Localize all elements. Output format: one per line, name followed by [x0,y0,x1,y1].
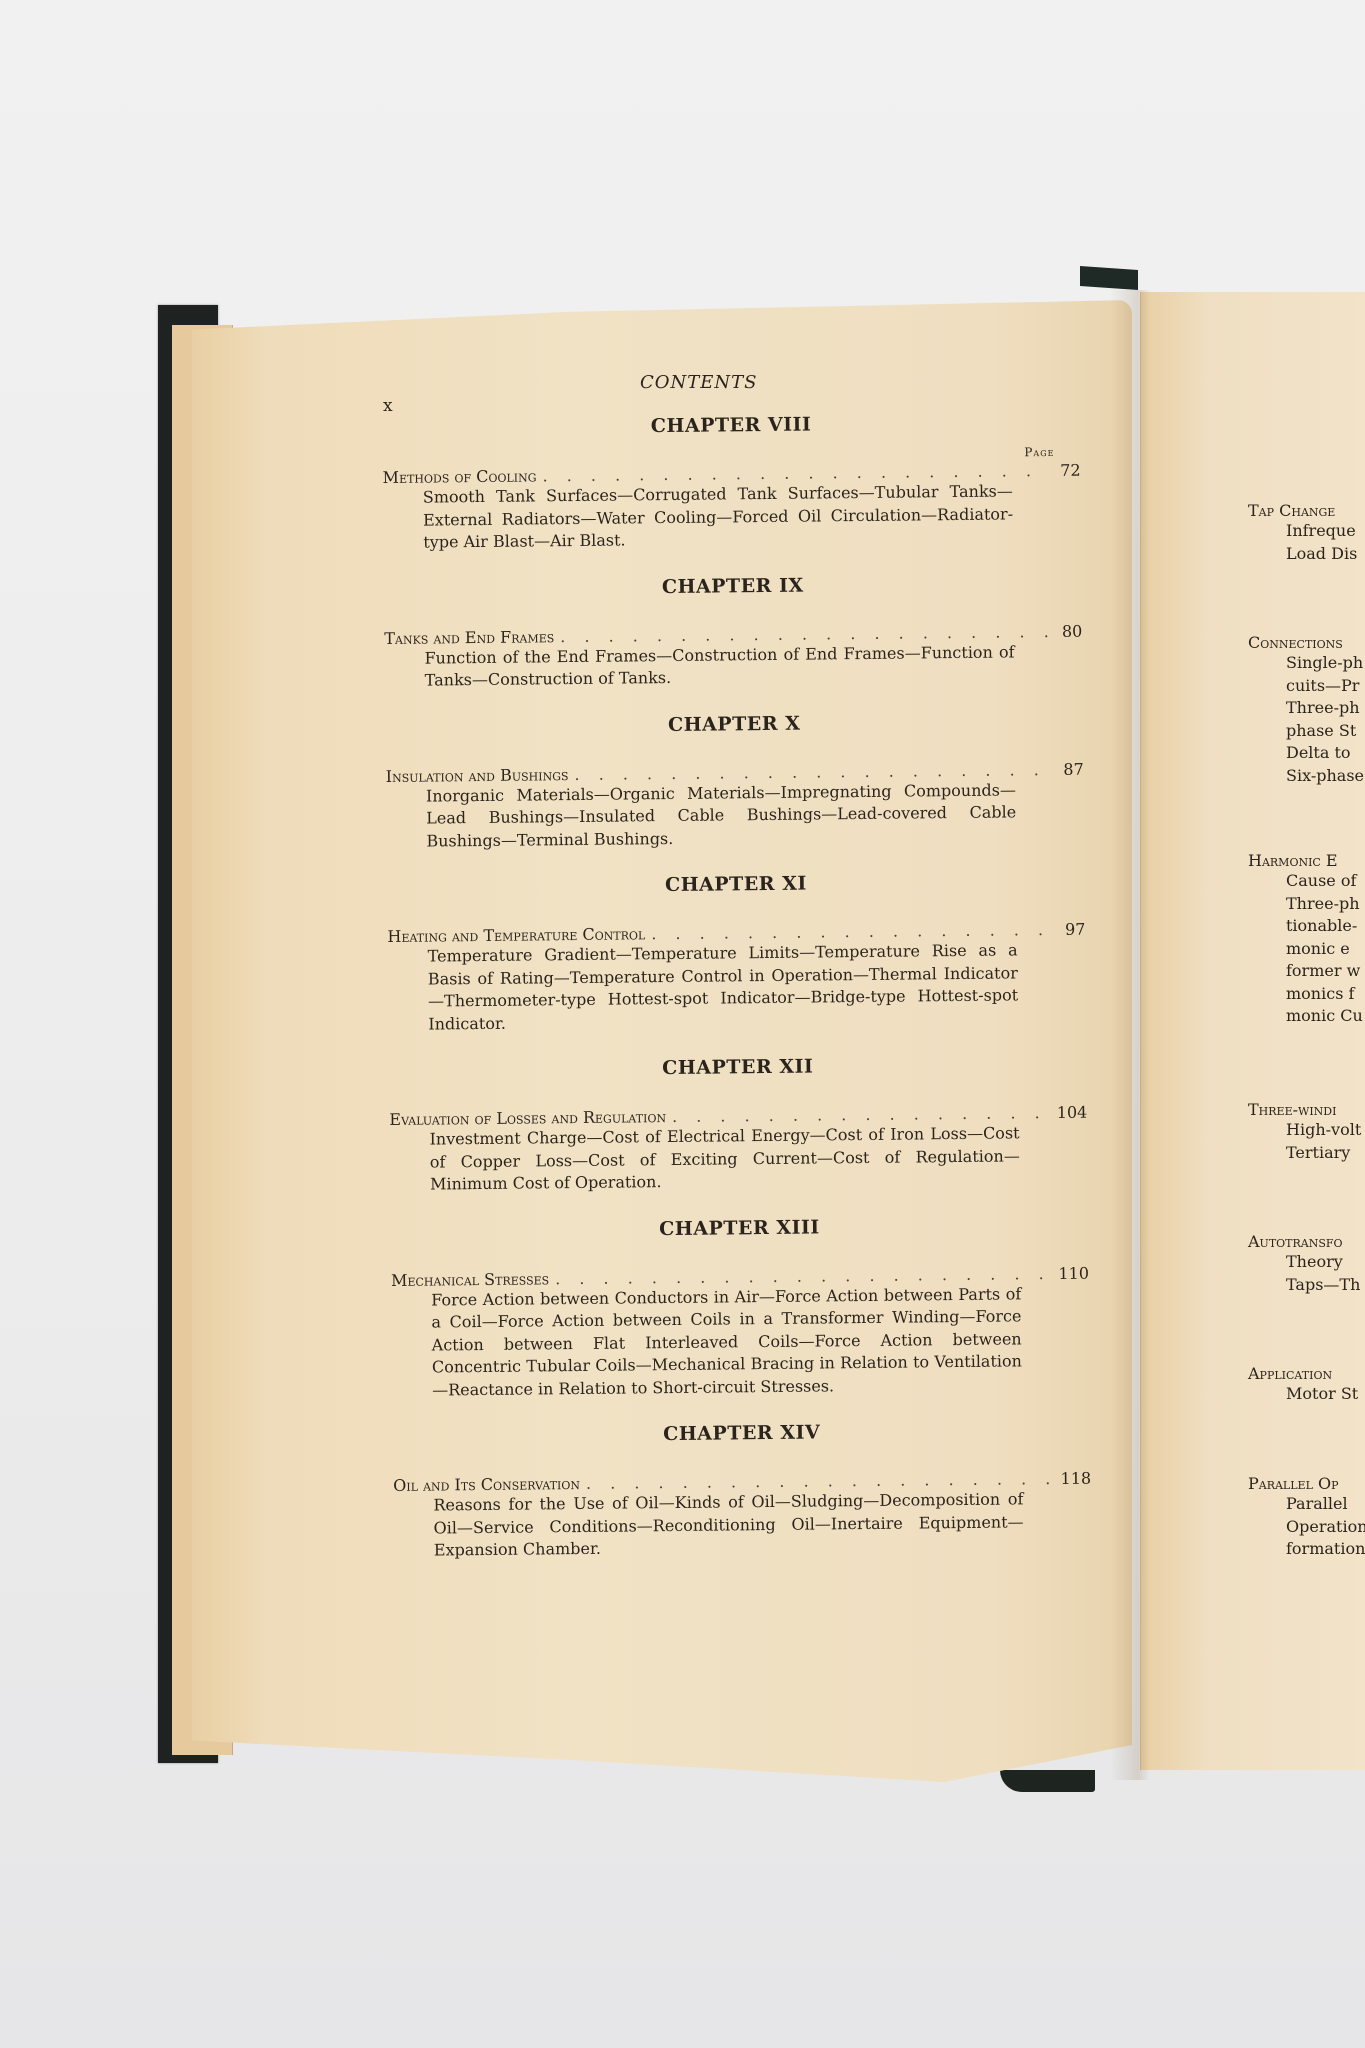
right-entry-title: Parallel Op [1248,1474,1365,1493]
right-entry-line: Taps—Th [1286,1274,1360,1297]
entry-page: 118 [1060,1469,1091,1488]
right-entry-line: Single-ph [1286,652,1364,675]
entry-description: Force Action between Conductors in Air—F… [431,1283,1022,1402]
right-entry-line: monics f [1286,983,1363,1006]
chapter-heading: CHAPTER X [385,709,1053,738]
toc-entry: Mechanical Stresses 110 Force Action bet… [391,1263,1060,1401]
right-entry: Autotransfo Theory Taps—Th [1248,1232,1360,1296]
right-entry-line: tionable- [1286,915,1363,938]
right-entry-line: High-volt [1286,1119,1361,1142]
entry-description: Inorganic Materials—Organic Materials—Im… [426,779,1017,853]
right-entry-title: Autotransfo [1248,1232,1360,1251]
right-entry-title: Three-windi [1248,1100,1361,1119]
right-entry: Harmonic E Cause of Three-ph tionable- m… [1248,851,1363,1028]
right-entry: Application Motor St [1248,1364,1358,1406]
right-entry-line: formation [1286,1538,1365,1561]
entry-title: Oil and Its Conservation [393,1474,580,1495]
chapter-section: CHAPTER IX Tanks and End Frames 80 Funct… [384,571,1053,692]
right-entry-line: Three-ph [1286,697,1364,720]
right-entry-line: monic e [1286,938,1363,961]
right-entry: Three-windi High-volt Tertiary [1248,1100,1361,1164]
chapter-section: CHAPTER XII Evaluation of Losses and Reg… [389,1053,1058,1196]
running-head: CONTENTS [640,372,758,393]
entry-title: Insulation and Bushings [386,765,569,786]
right-entry-line: Tertiary [1286,1142,1361,1165]
entry-description: Function of the End Frames—Construction … [424,641,1014,692]
right-entry-title: Tap Change [1248,501,1357,520]
entry-page: 87 [1056,759,1084,778]
right-entry-line: former w [1286,960,1363,983]
entry-description: Temperature Gradient—Temperature Limits—… [428,939,1019,1035]
chapter-heading: CHAPTER XIV [393,1419,1061,1448]
chapter-heading: CHAPTER XIII [390,1213,1058,1242]
right-entry-line: Motor St [1286,1383,1358,1406]
toc-entry: Heating and Temperature Control 97 Tempe… [387,920,1056,1036]
chapter-section: CHAPTER XI Heating and Temperature Contr… [387,870,1057,1036]
toc-entry: Evaluation of Losses and Regulation 104 … [389,1103,1058,1196]
entry-title: Tanks and End Frames [384,627,554,648]
entry-description: Smooth Tank Surfaces—Corrugated Tank Sur… [423,480,1014,554]
entry-description: Investment Charge—Cost of Electrical Ene… [429,1122,1020,1196]
right-entry: Parallel Op Parallel Operation formation [1248,1474,1365,1561]
right-entry: Tap Change Infreque Load Dis [1248,501,1357,565]
page-number: x [383,396,393,416]
chapter-heading: CHAPTER XI [387,870,1055,899]
entry-description: Reasons for the Use of Oil—Kinds of Oil—… [433,1488,1024,1562]
toc-entry: Methods of Cooling 72 Smooth Tank Surfac… [383,461,1052,554]
toc-entry: Oil and Its Conservation 118 Reasons for… [393,1469,1062,1562]
chapter-section: CHAPTER XIII Mechanical Stresses 110 For… [390,1213,1060,1401]
right-entry-line: cuits—Pr [1286,675,1364,698]
entry-page: 104 [1057,1103,1088,1122]
entry-page: 72 [1052,461,1080,480]
chapter-section: CHAPTER VIII Page Methods of Cooling 72 … [382,411,1051,554]
chapter-section: CHAPTER XIV Oil and Its Conservation 118… [393,1419,1062,1562]
entry-page: 80 [1054,621,1082,640]
right-entry-line: phase St [1286,720,1364,743]
toc-entry: Insulation and Bushings 87 Inorganic Mat… [386,759,1055,852]
right-entry-title: Connections [1248,633,1364,652]
entry-page: 97 [1057,920,1085,939]
right-entry-line: Cause of [1286,870,1363,893]
right-entry-line: Operation [1286,1516,1365,1539]
book-cover-top-corner [1080,266,1138,290]
table-of-contents: CHAPTER VIII Page Methods of Cooling 72 … [382,411,1062,1586]
book-cover-bottom-corner [1000,1770,1095,1792]
right-entry-line: monic Cu [1286,1005,1363,1028]
chapter-heading: CHAPTER IX [384,571,1052,600]
right-entry-line: Delta to [1286,742,1364,765]
right-entry-line: Infreque [1286,520,1357,543]
chapter-heading: CHAPTER XII [389,1053,1057,1082]
gutter-shadow [1110,290,1150,1780]
entry-page: 110 [1058,1263,1089,1282]
right-entry-line: Load Dis [1286,543,1357,566]
entry-title: Mechanical Stresses [391,1269,549,1290]
right-entry-line: Parallel [1286,1493,1365,1516]
right-entry-title: Harmonic E [1248,851,1363,870]
right-entry-line: Three-ph [1286,893,1363,916]
chapter-section: CHAPTER X Insulation and Bushings 87 Ino… [385,709,1054,852]
entry-title: Methods of Cooling [383,466,537,487]
right-entry-title: Application [1248,1364,1358,1383]
right-entry-line: Six-phase [1286,765,1364,788]
right-entry: Connections Single-ph cuits—Pr Three-ph … [1248,633,1364,787]
right-entry-line: Theory [1286,1251,1360,1274]
toc-entry: Tanks and End Frames 80 Function of the … [384,621,1053,692]
